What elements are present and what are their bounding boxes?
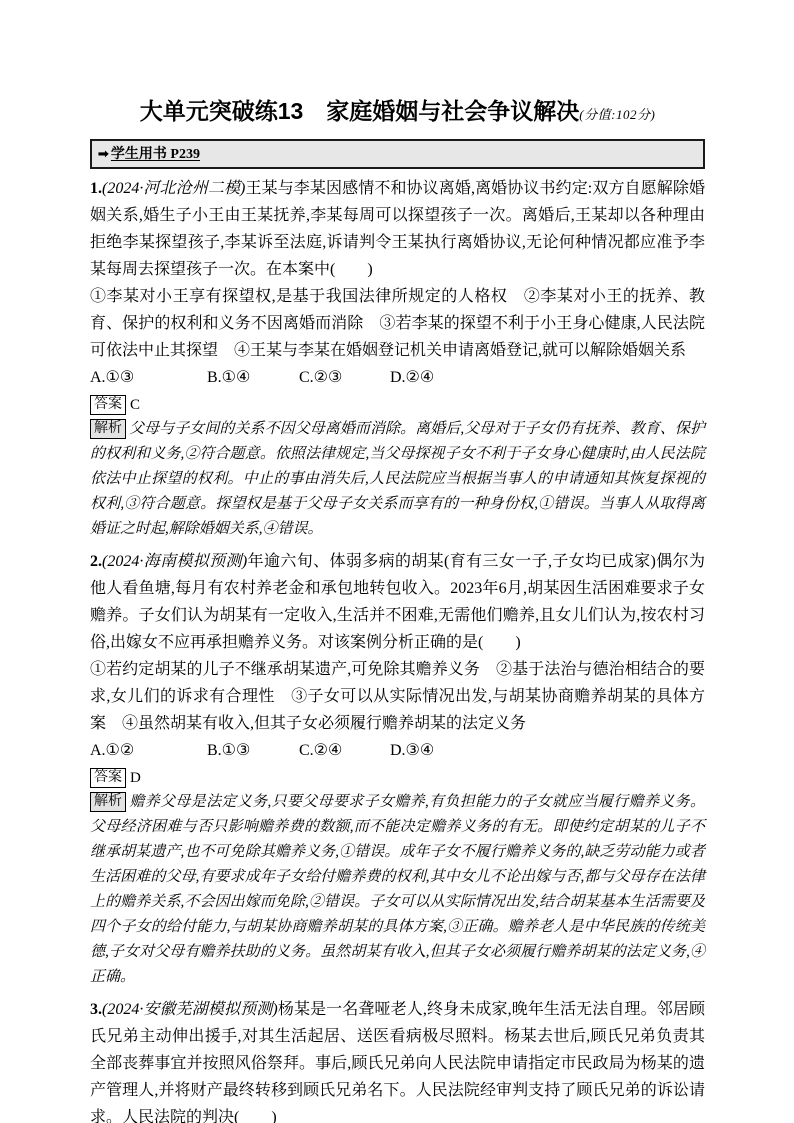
- question-2-answer-row: 答案D: [90, 767, 705, 789]
- question-3-stem-text: 杨某是一名聋哑老人,终身未成家,晚年生活无法自理。邻居顾氏兄弟主动伸出援手,对其…: [90, 1001, 705, 1123]
- page-title-text: 大单元突破练13 家庭婚姻与社会争议解决: [140, 98, 580, 124]
- question-2-answer-value: D: [130, 770, 141, 786]
- question-2-choice-c: C.②④: [299, 737, 390, 764]
- answer-label: 答案: [90, 395, 126, 415]
- question-1-choice-c: C.②③: [299, 364, 390, 391]
- question-2-analysis-text: 赡养父母是法定义务,只要父母要求子女赡养,有负担能力的子女就应当履行赡养义务。父…: [90, 794, 705, 985]
- question-2-stem: 2.(2024·海南模拟预测)年逾六旬、体弱多病的胡某(育有三女一子,子女均已成…: [90, 548, 705, 656]
- question-2-number: 2.: [90, 553, 102, 570]
- student-book-bar: ➡学生用书 P239: [90, 139, 705, 169]
- question-2-analysis: 解析赡养父母是法定义务,只要父母要求子女赡养,有负担能力的子女就应当履行赡养义务…: [90, 790, 705, 990]
- analysis-label: 解析: [90, 419, 126, 439]
- question-1-number: 1.: [90, 180, 102, 197]
- question-1-choice-b: B.①④: [207, 364, 299, 391]
- question-1-analysis: 解析父母与子女间的关系不因父母离婚而消除。离婚后,父母对于子女仍有抚养、教育、保…: [90, 417, 705, 542]
- question-1-choice-d: D.②④: [390, 364, 434, 391]
- question-2-choice-d: D.③④: [390, 737, 434, 764]
- question-2: 2.(2024·海南模拟预测)年逾六旬、体弱多病的胡某(育有三女一子,子女均已成…: [90, 548, 705, 990]
- question-3-source: (2024·安徽芜湖模拟预测): [102, 1001, 278, 1018]
- student-book-label: 学生用书 P239: [111, 147, 200, 162]
- question-1-answer-value: C: [130, 397, 140, 413]
- question-2-source: (2024·海南模拟预测): [102, 553, 247, 570]
- question-1-stem: 1.(2024·河北沧州二模)王某与李某因感情不和协议离婚,离婚协议书约定:双方…: [90, 175, 705, 283]
- question-2-options: ①若约定胡某的儿子不继承胡某遗产,可免除其赡养义务 ②基于法治与德治相结合的要求…: [90, 656, 705, 737]
- question-1-analysis-text: 父母与子女间的关系不因父母离婚而消除。离婚后,父母对于子女仍有抚养、教育、保护的…: [90, 421, 705, 537]
- analysis-label: 解析: [90, 792, 126, 812]
- arrow-right-icon: ➡: [98, 145, 109, 162]
- question-1-choice-row: A.①③B.①④C.②③D.②④: [90, 364, 705, 391]
- question-1-source: (2024·河北沧州二模): [102, 180, 245, 197]
- question-1-options: ①李某对小王享有探望权,是基于我国法律所规定的人格权 ②李某对小王的抚养、教育、…: [90, 283, 705, 364]
- question-1-choice-a: A.①③: [90, 364, 207, 391]
- question-3-stem: 3.(2024·安徽芜湖模拟预测)杨某是一名聋哑老人,终身未成家,晚年生活无法自…: [90, 996, 705, 1123]
- question-3: 3.(2024·安徽芜湖模拟预测)杨某是一名聋哑老人,终身未成家,晚年生活无法自…: [90, 996, 705, 1123]
- answer-label: 答案: [90, 768, 126, 788]
- question-2-choice-b: B.①③: [207, 737, 299, 764]
- question-1-answer-row: 答案C: [90, 394, 705, 416]
- page-title: 大单元突破练13 家庭婚姻与社会争议解决(分值:102分): [90, 96, 705, 130]
- score-note: (分值:102分): [579, 107, 655, 122]
- question-2-choice-row: A.①②B.①③C.②④D.③④: [90, 737, 705, 764]
- question-2-choice-a: A.①②: [90, 737, 207, 764]
- question-1: 1.(2024·河北沧州二模)王某与李某因感情不和协议离婚,离婚协议书约定:双方…: [90, 175, 705, 542]
- worksheet-page: 大单元突破练13 家庭婚姻与社会争议解决(分值:102分) ➡学生用书 P239…: [0, 0, 794, 1123]
- question-3-number: 3.: [90, 1001, 102, 1018]
